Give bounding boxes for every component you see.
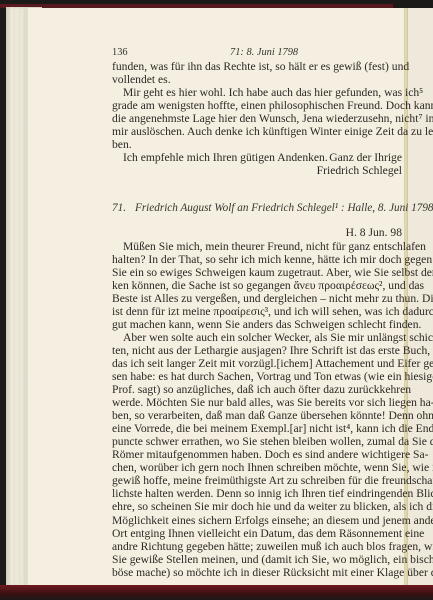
text-line: Müßen Sie mich, mein theurer Freund, nic… [112,240,402,253]
letter-number: 71. [112,202,126,214]
text-line: Aber wen solte auch ein solcher Wecker, … [112,331,402,344]
closing-line: Ich empfehle mich Ihren gütigen Andenken… [112,151,402,164]
text-line: lichste halten werden. Denn so innig ich… [112,487,402,500]
letter-heading: 71.Friedrich August Wolf an Friedrich Sc… [112,202,402,215]
text-line: ist denn für izt meine προαίρεσις³, und … [112,305,402,318]
text-line: mir auslöschen. Auch denke ich künftigen… [112,125,402,138]
text-line: gewiß hoffe, meine freimüthigste Art zu … [112,474,402,487]
text-line: Sie ein so ewiges Schweigen kaum zugetra… [112,266,402,279]
dateline: H. 8 Jun. 98 [112,226,402,239]
book-scan: 136 71: 8. Juni 1798 funden, was für ihn… [0,0,433,600]
text-line: ehre, so scheinen Sie mir doch hie und d… [112,500,402,513]
text-line: grade am wenigsten hoffte, einen philoso… [112,99,402,112]
text-line: das ich seit langer Zeit mit vorzügl.[ic… [112,357,402,370]
running-title: 71: 8. Juni 1798 [230,46,298,59]
paragraph-2: Aber wen solte auch ein solcher Wecker, … [112,331,402,579]
text-line: werde. Möchten Sie nur bald alles, was S… [112,396,402,409]
text-line: ben. [112,138,402,151]
text-line: eine Vorrede, die bei meinem Exempl.[ar]… [112,422,402,435]
text-line: die angenehmste Lage hier den Wunsch, Je… [112,112,402,125]
text-line: gut machen kann, wenn Sie anders das Sch… [112,318,402,331]
previous-letter-end: funden, was für ihn das Rechte ist, so h… [112,60,402,177]
text-line: ben, so verarbeiten, daß man daß Ganze ü… [112,409,402,422]
text-line: Möglichkeit eines sichern Erfolgs einseh… [112,514,402,527]
paragraph-1: Müßen Sie mich, mein theurer Freund, nic… [112,240,402,331]
text-line: Beste ist Alles zu vergeßen, und derglei… [112,292,402,305]
running-head: 136 71: 8. Juni 1798 [112,44,402,58]
text-line: vollendet es. [112,73,402,86]
text-line: sen habe: es hat durch Sachen, Vortrag u… [112,370,402,383]
page-number: 136 [112,46,128,59]
letter-title: Friedrich August Wolf an Friedrich Schle… [135,202,433,214]
text-line: ken können, die Sache ist so gegangen ἄν… [112,279,402,292]
text-line: Ort entging Ihnen vielleicht ein Datum, … [112,527,402,540]
text-line: chen, worüber ich gern noch Ihnen schrei… [112,461,402,474]
text-line: böse mache) so möchte ich in dieser Rück… [112,566,402,579]
text-line: halten? In der That, so sehr ich mich ke… [112,253,402,266]
closing-salutation: Ganz der Ihrige [329,151,402,164]
text-line: andre Richtung gegeben hätte; zuweilen m… [112,540,402,553]
book-cover-bottom [0,585,433,600]
text-line: funden, was für ihn das Rechte ist, so h… [112,60,402,73]
text-line: Sie gewiße Stellen meinen, und (damit ic… [112,553,402,566]
text-line: puncte schwer errathen, wo Sie stehen bl… [112,435,402,448]
page-text: 136 71: 8. Juni 1798 funden, was für ihn… [112,44,402,579]
closing-text: Ich empfehle mich Ihren gütigen Andenken… [123,151,328,164]
text-line: Prof. sagt) so anzügliches, daß ich auch… [112,383,402,396]
text-line: Römer mitaufgenommen haben. Doch es sind… [112,448,402,461]
text-line: Mir geht es hier wohl. Ich habe auch das… [112,86,402,99]
signature: Friedrich Schlegel [112,164,402,177]
text-line: ten, nicht aus der Lethargie ausjagen? I… [112,344,402,357]
